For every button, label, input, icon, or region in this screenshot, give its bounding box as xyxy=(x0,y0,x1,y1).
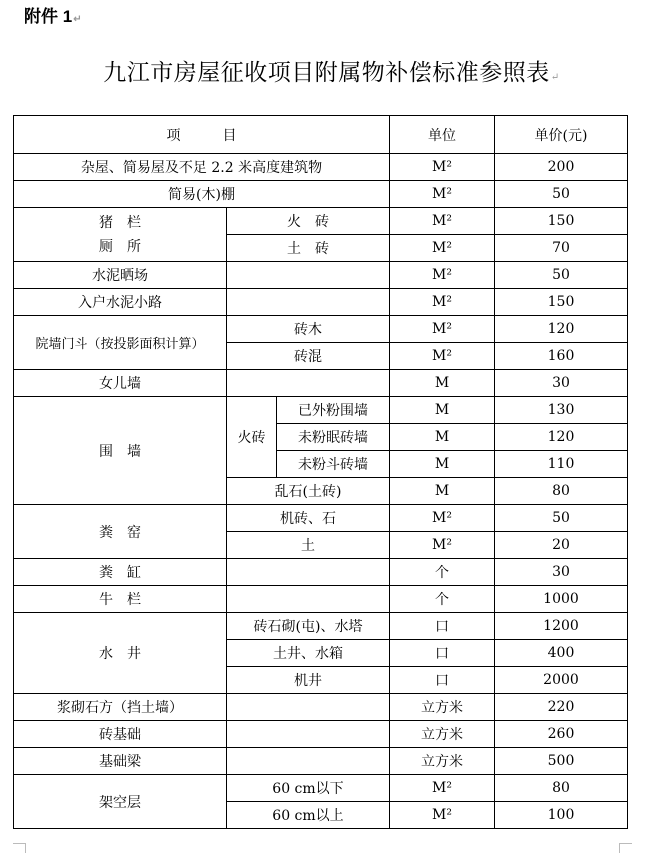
table-row: 粪 窑机砖、石M²50 xyxy=(14,505,628,532)
table-row: 基础梁立方米500 xyxy=(14,748,628,775)
table-row: 砖基础立方米260 xyxy=(14,721,628,748)
table-row: 粪 缸个30 xyxy=(14,559,628,586)
table-row: 围 墙火砖已外粉围墙M130 xyxy=(14,397,628,424)
table-row: 水泥晒场M²50 xyxy=(14,262,628,289)
table-row: 院墙门斗（按投影面积计算）砖木M²120 xyxy=(14,316,628,343)
table-row: 猪 栏 厕 所火 砖M²150 xyxy=(14,208,628,235)
page-corner-mark xyxy=(619,843,632,853)
page-title: 九江市房屋征收项目附属物补偿标准参照表↵ xyxy=(0,54,663,87)
compensation-table: 项 目 单位 单价(元) 杂屋、简易屋及不足 2.2 米高度建筑物M²200 简… xyxy=(13,115,628,829)
attachment-label: 附件 1↵ xyxy=(24,2,82,27)
table-row: 浆砌石方（挡土墙）立方米220 xyxy=(14,694,628,721)
header-unit: 单位 xyxy=(390,116,495,154)
table-row: 女儿墙M30 xyxy=(14,370,628,397)
header-price: 单价(元) xyxy=(495,116,628,154)
table-row: 牛 栏个1000 xyxy=(14,586,628,613)
table-row: 杂屋、简易屋及不足 2.2 米高度建筑物M²200 xyxy=(14,154,628,181)
table-row: 简易(木)棚M²50 xyxy=(14,181,628,208)
table-header-row: 项 目 单位 单价(元) xyxy=(14,116,628,154)
page-corner-mark xyxy=(13,843,26,853)
table-row: 水 井砖石砌(屯)、水塔口1200 xyxy=(14,613,628,640)
table-row: 架空层60 cm以下M²80 xyxy=(14,775,628,802)
table-row: 入户水泥小路M²150 xyxy=(14,289,628,316)
header-item: 项 目 xyxy=(14,116,390,154)
